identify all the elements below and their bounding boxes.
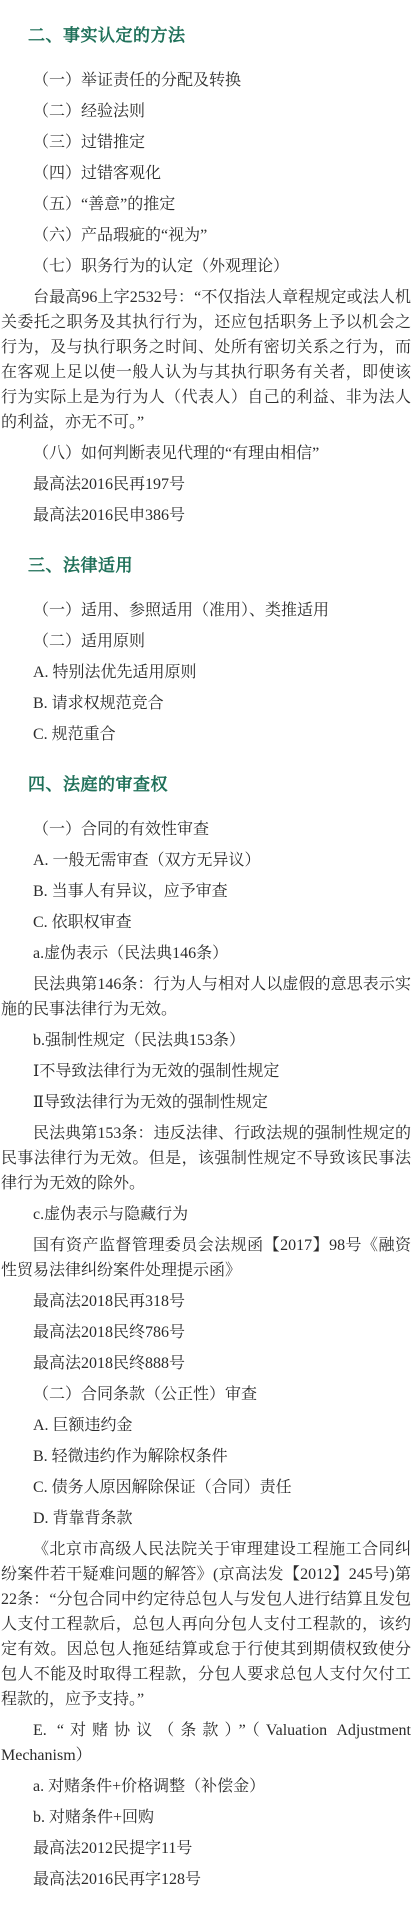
outline-item: b.强制性规定（民法典153条） <box>1 1028 411 1053</box>
outline-item: B. 轻微违约作为解除权条件 <box>1 1444 411 1469</box>
case-reference: 最高法2018民再318号 <box>1 1289 411 1314</box>
outline-item: Ⅱ导致法律行为无效的强制性规定 <box>1 1090 411 1115</box>
case-reference: 最高法2016民再197号 <box>1 472 411 497</box>
paragraph: 民法典第153条：违反法律、行政法规的强制性规定的民事法律行为无效。但是，该强制… <box>1 1121 411 1196</box>
legal-outline-document: 二、事实认定的方法 （一）举证责任的分配及转换 （二）经验法则 （三）过错推定 … <box>0 0 414 1914</box>
outline-item: c.虚伪表示与隐藏行为 <box>1 1202 411 1227</box>
outline-item: C. 依职权审查 <box>1 910 411 935</box>
outline-item: A. 特别法优先适用原则 <box>1 660 411 685</box>
outline-item: C. 债务人原因解除保证（合同）责任 <box>1 1475 411 1500</box>
outline-item: （一）举证责任的分配及转换 <box>1 68 411 93</box>
outline-item: （七）职务行为的认定（外观理论） <box>1 254 411 279</box>
section-fact-determination: 二、事实认定的方法 （一）举证责任的分配及转换 （二）经验法则 （三）过错推定 … <box>1 24 411 528</box>
outline-item: （二）经验法则 <box>1 99 411 124</box>
outline-item: B. 请求权规范竞合 <box>1 691 411 716</box>
section-law-application: 三、法律适用 （一）适用、参照适用（准用）、类推适用 （二）适用原则 A. 特别… <box>1 554 411 747</box>
case-reference: 最高法2018民终888号 <box>1 1351 411 1376</box>
paragraph: E. “对赌协议（条款）”（Valuation Adjustment Mecha… <box>1 1718 411 1768</box>
outline-item: （二）合同条款（公正性）审查 <box>1 1382 411 1407</box>
paragraph: 民法典第146条：行为人与相对人以虚假的意思表示实施的民事法律行为无效。 <box>1 972 411 1022</box>
outline-item: B. 当事人有异议，应予审查 <box>1 879 411 904</box>
outline-item: Ⅰ不导致法律行为无效的强制性规定 <box>1 1059 411 1084</box>
outline-item: （八）如何判断表见代理的“有理由相信” <box>1 441 411 466</box>
case-reference: 最高法2016民再字128号 <box>1 1867 411 1892</box>
paragraph: 国有资产监督管理委员会法规函【2017】98号《融资性贸易法律纠纷案件处理提示函… <box>1 1233 411 1283</box>
outline-item: （四）过错客观化 <box>1 161 411 186</box>
outline-item: A. 巨额违约金 <box>1 1413 411 1438</box>
section-heading: 二、事实认定的方法 <box>28 24 411 48</box>
outline-item: b. 对赌条件+回购 <box>1 1805 411 1830</box>
paragraph: 《北京市高级人民法院关于审理建设工程施工合同纠纷案件若干疑难问题的解答》(京高法… <box>1 1537 411 1712</box>
outline-item: D. 背靠背条款 <box>1 1506 411 1531</box>
outline-item: （六）产品瑕疵的“视为” <box>1 223 411 248</box>
section-court-review-power: 四、法庭的审查权 （一）合同的有效性审查 A. 一般无需审查（双方无异议） B.… <box>1 773 411 1892</box>
outline-item: A. 一般无需审查（双方无异议） <box>1 848 411 873</box>
outline-item: a.虚伪表示（民法典146条） <box>1 941 411 966</box>
outline-item: a. 对赌条件+价格调整（补偿金） <box>1 1774 411 1799</box>
case-reference: 最高法2016民申386号 <box>1 503 411 528</box>
section-heading: 三、法律适用 <box>28 554 411 578</box>
outline-item: （一）合同的有效性审查 <box>1 817 411 842</box>
paragraph: 台最高96上字2532号：“不仅指法人章程规定或法人机关委托之职务及其执行行为，… <box>1 285 411 435</box>
section-heading: 四、法庭的审查权 <box>28 773 411 797</box>
outline-item: （三）过错推定 <box>1 130 411 155</box>
outline-item: （一）适用、参照适用（准用）、类推适用 <box>1 598 411 623</box>
outline-item: （二）适用原则 <box>1 629 411 654</box>
case-reference: 最高法2018民终786号 <box>1 1320 411 1345</box>
outline-item: （五）“善意”的推定 <box>1 192 411 217</box>
outline-item: C. 规范重合 <box>1 722 411 747</box>
